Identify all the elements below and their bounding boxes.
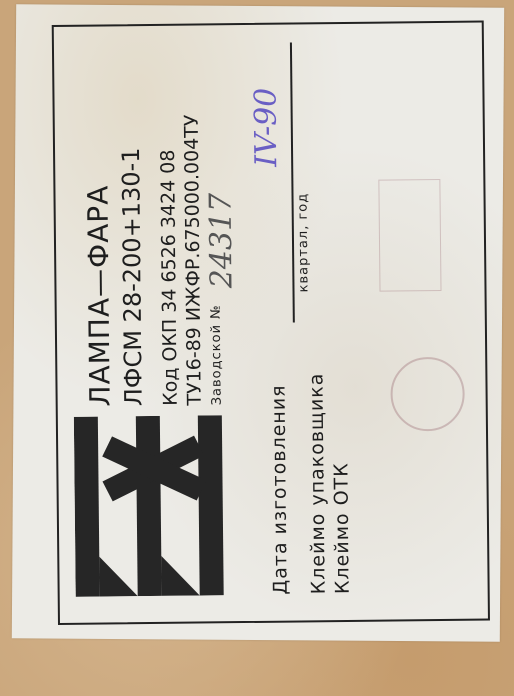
date-value: IV-90 <box>248 88 284 167</box>
otk-stamp-label: Клеймо ОТК <box>330 462 353 594</box>
tu-spec: ТУ16-89 ИЖФР.675000.004ТУ <box>181 114 206 405</box>
serial-label: Заводской № <box>209 304 225 405</box>
serial-value: 24317 <box>203 193 239 289</box>
product-model: ЛФСМ 28-200+130-1 <box>117 147 148 406</box>
date-hint: квартал, год <box>295 193 311 293</box>
factory-logo-icon <box>74 415 226 597</box>
product-title: ЛАМПА—ФАРА <box>81 185 116 407</box>
okp-code: Код ОКП 34 6526 3424 08 <box>157 149 182 405</box>
packer-stamp-label: Клеймо упаковщика <box>305 373 329 595</box>
rect-stamp <box>378 179 441 292</box>
round-stamp <box>390 357 465 432</box>
label-content: ЛАМПА—ФАРА ЛФСМ 28-200+130-1 Код ОКП 34 … <box>52 21 490 625</box>
date-label: Дата изготовления <box>267 384 291 594</box>
